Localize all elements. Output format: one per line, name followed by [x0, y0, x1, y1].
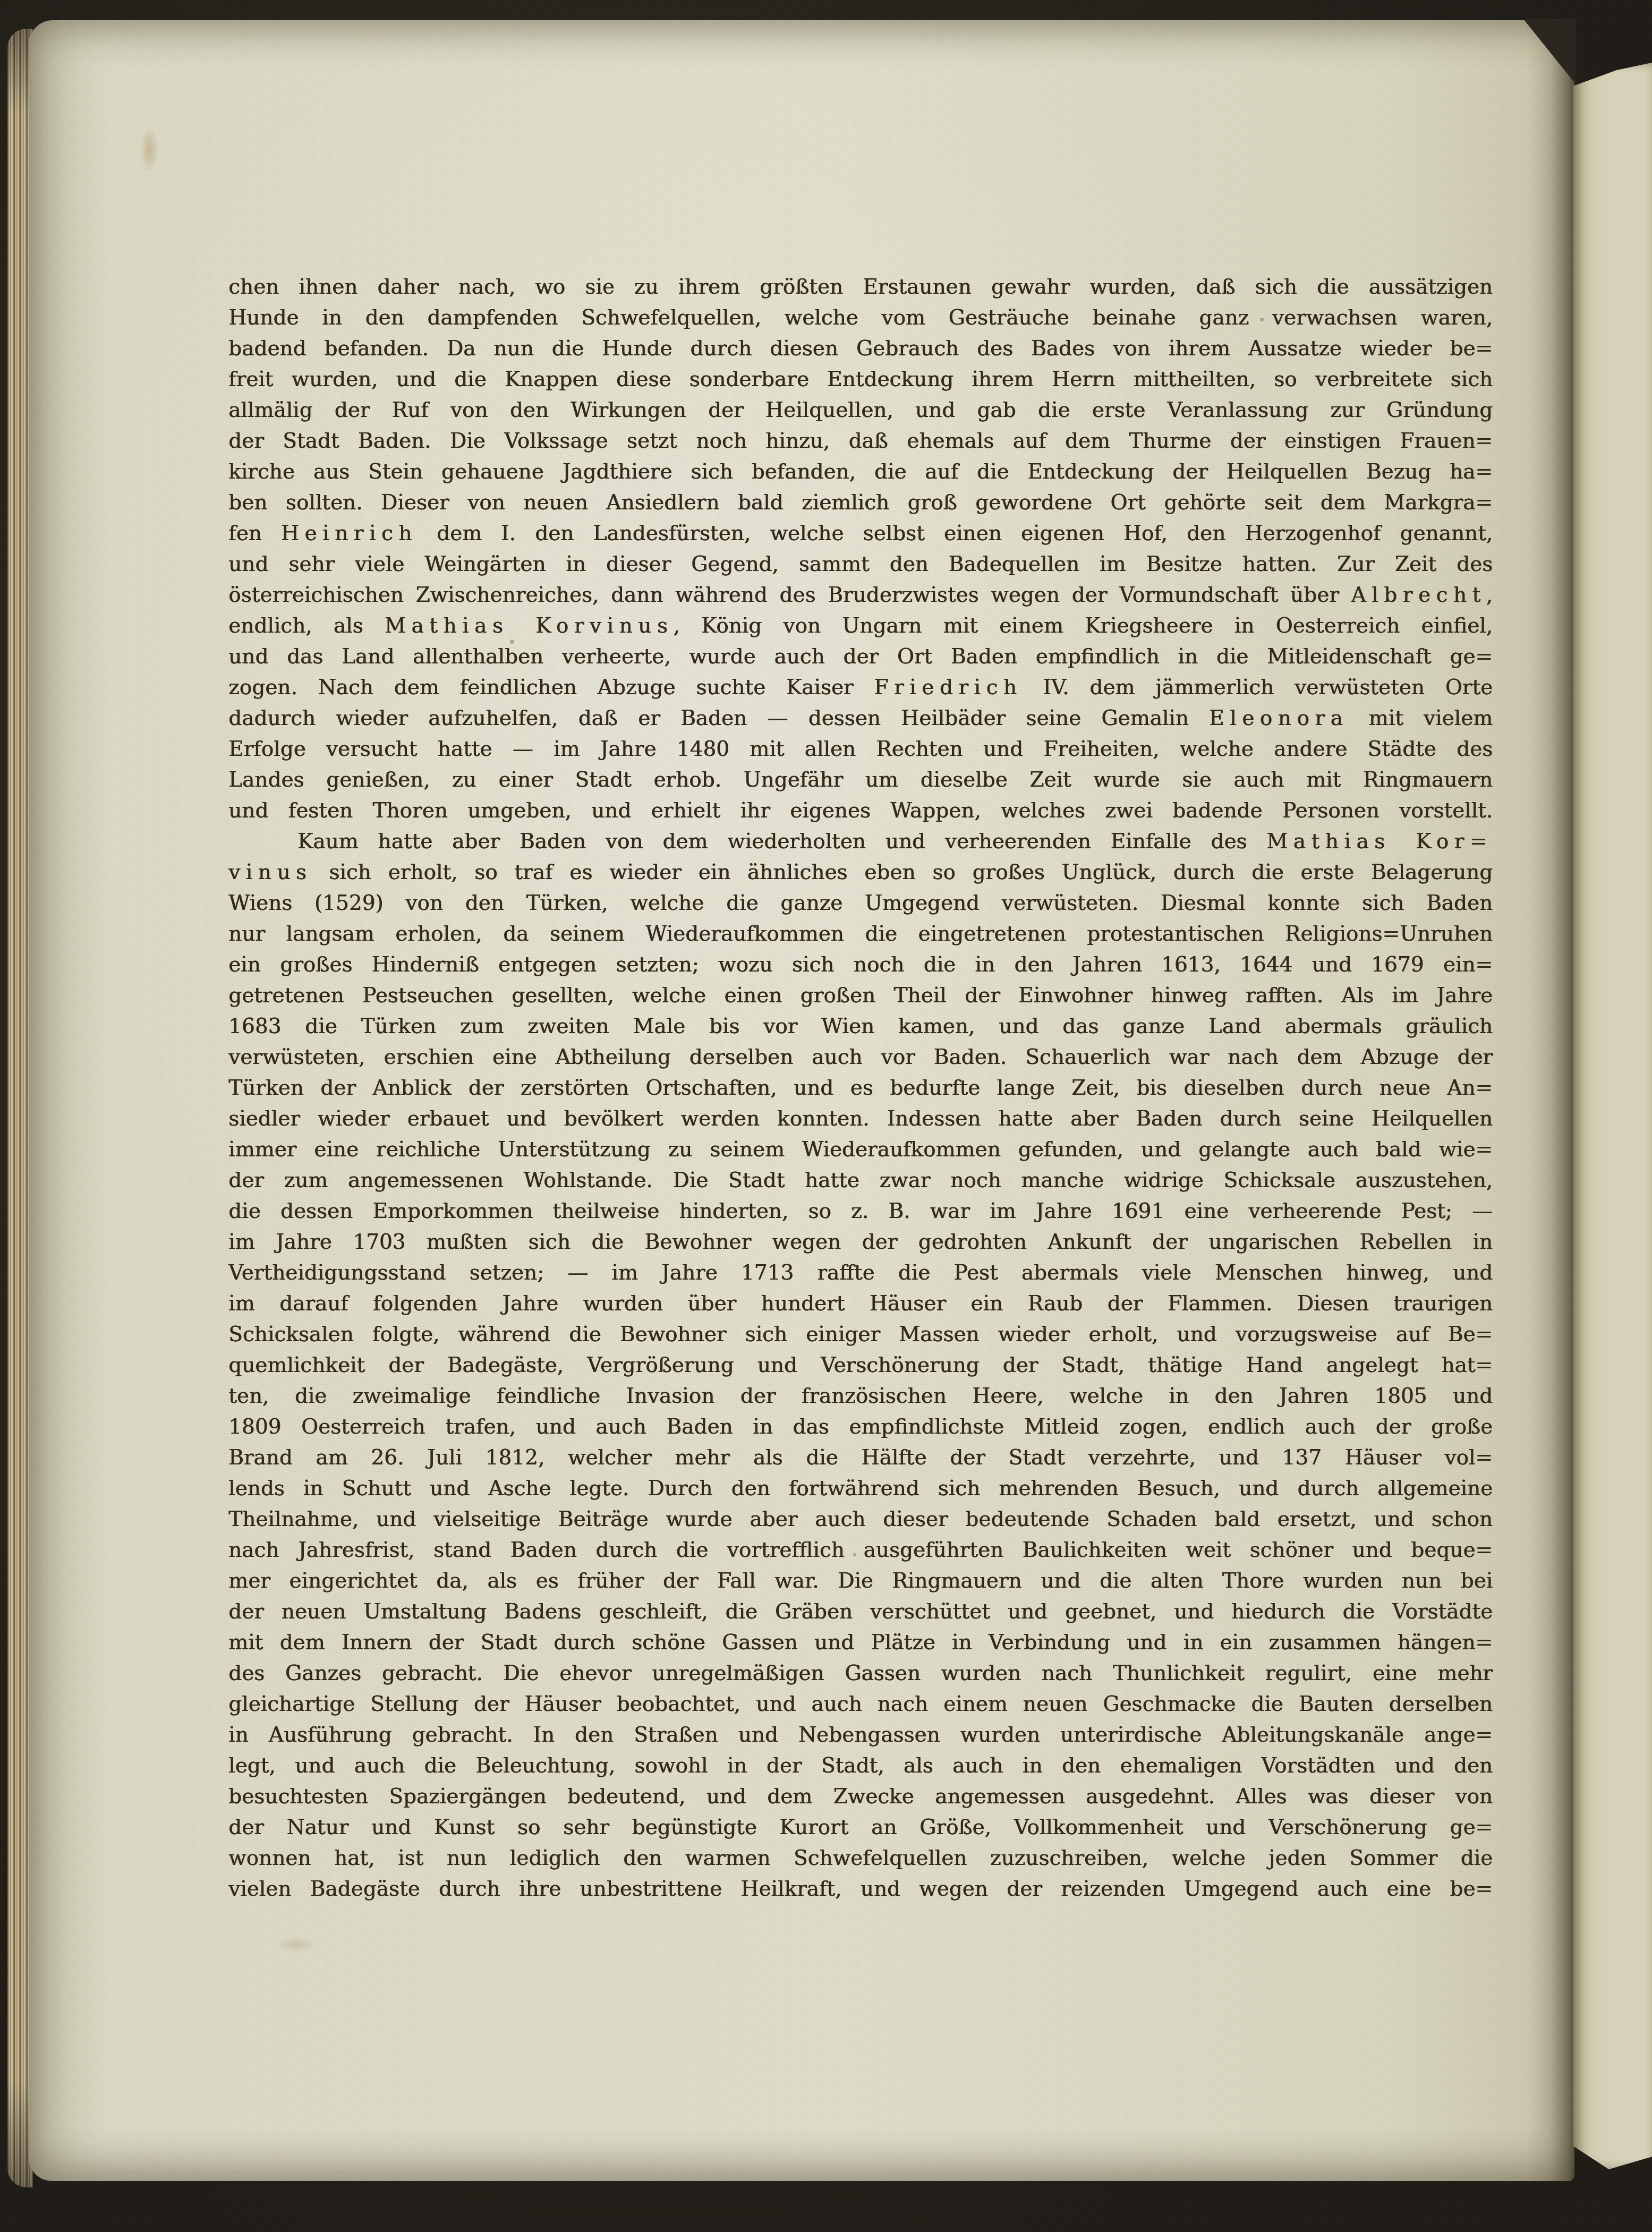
adjacent-page-sliver — [1573, 63, 1652, 2169]
letterspaced-name: Heinrich — [281, 522, 418, 546]
text-line: immer eine reichliche Unterstützung zu s… — [228, 1135, 1493, 1165]
text-line: und festen Thoren umgeben, und erhielt i… — [228, 796, 1493, 827]
text-line: Hunde in den dampfenden Schwefelquellen,… — [228, 303, 1493, 334]
text-line: wonnen hat, ist nun lediglich den warmen… — [228, 1843, 1493, 1874]
book-page: chen ihnen daher nach, wo sie zu ihrem g… — [29, 20, 1574, 2181]
text-line: Theilnahme, und vielseitige Beiträge wur… — [228, 1504, 1493, 1535]
text-line: 1809 Oesterreich trafen, und auch Baden … — [228, 1412, 1493, 1443]
text-line: die dessen Emporkommen theilweise hinder… — [228, 1196, 1493, 1227]
text-line: nur langsam erholen, da seinem Wiederauf… — [228, 919, 1493, 950]
letterspaced-name: Albrecht — [1351, 583, 1486, 607]
letterspaced-name: Friedrich — [874, 676, 1022, 700]
text-line: legt, und auch die Beleuchtung, sowohl i… — [228, 1751, 1493, 1782]
letterspaced-name: Eleonora — [1209, 706, 1348, 730]
text-line: kirche aus Stein gehauene Jagdthiere sic… — [228, 457, 1493, 488]
text-line: der Stadt Baden. Die Volkssage setzt noc… — [228, 426, 1493, 457]
text-line: zogen. Nach dem feindlichen Abzuge sucht… — [228, 672, 1493, 703]
text-line: der Natur und Kunst so sehr begünstigte … — [228, 1812, 1493, 1843]
text-line: im darauf folgenden Jahre wurden über hu… — [228, 1289, 1493, 1319]
text-line: ten, die zweimalige feindliche Invasion … — [228, 1381, 1493, 1412]
text-line: Landes genießen, zu einer Stadt erhob. U… — [228, 765, 1493, 796]
text-line: dadurch wieder aufzuhelfen, daß er Baden… — [228, 703, 1493, 734]
text-line: endlich, als Mathias Korvinus, König von… — [228, 611, 1493, 642]
text-line: im Jahre 1703 mußten sich die Bewohner w… — [228, 1227, 1493, 1258]
text-line: vielen Badegäste durch ihre unbestritten… — [228, 1874, 1493, 1905]
text-line: und sehr viele Weingärten in dieser Gege… — [228, 549, 1493, 580]
text-line: Wiens (1529) von den Türken, welche die … — [228, 888, 1493, 919]
text-line: vinus sich erholt, so traf es wieder ein… — [228, 857, 1493, 888]
text-line: österreichischen Zwischenreiches, dann w… — [228, 580, 1493, 611]
text-line: mer eingerichtet da, als es früher der F… — [228, 1566, 1493, 1597]
text-line: in Ausführung gebracht. In den Straßen u… — [228, 1720, 1493, 1751]
text-line: des Ganzes gebracht. Die ehevor unregelm… — [228, 1658, 1493, 1689]
text-line: ben sollten. Dieser von neuen Ansiedlern… — [228, 488, 1493, 518]
letterspaced-name: Mathias Korvinus — [385, 614, 673, 638]
text-line: Kaum hatte aber Baden von dem wiederholt… — [228, 827, 1493, 857]
text-line: Türken der Anblick der zerstörten Ortsch… — [228, 1073, 1493, 1104]
text-line: chen ihnen daher nach, wo sie zu ihrem g… — [228, 272, 1493, 303]
text-line: der neuen Umstaltung Badens geschleift, … — [228, 1597, 1493, 1628]
paper-stain — [140, 126, 158, 173]
text-line: der zum angemessenen Wohlstande. Die Sta… — [228, 1165, 1493, 1196]
text-line: lends in Schutt und Asche legte. Durch d… — [228, 1473, 1493, 1504]
text-line: getretenen Pestseuchen gesellten, welche… — [228, 981, 1493, 1011]
book-scan-scene: chen ihnen daher nach, wo sie zu ihrem g… — [0, 0, 1652, 2232]
text-line: Erfolge versucht hatte — im Jahre 1480 m… — [228, 734, 1493, 765]
text-line: mit dem Innern der Stadt durch schöne Ga… — [228, 1628, 1493, 1658]
text-line: 1683 die Türken zum zweiten Male bis vor… — [228, 1011, 1493, 1042]
text-line: gleichartige Stellung der Häuser beobach… — [228, 1689, 1493, 1720]
paper-stain — [277, 1937, 314, 1953]
text-line: allmälig der Ruf von den Wirkungen der H… — [228, 395, 1493, 426]
text-line: Vertheidigungsstand setzen; — im Jahre 1… — [228, 1258, 1493, 1289]
text-line: quemlichkeit der Badegäste, Vergrößerung… — [228, 1350, 1493, 1381]
text-line: nach Jahresfrist, stand Baden durch die … — [228, 1535, 1493, 1566]
letterspaced-name: vinus — [228, 861, 312, 884]
text-line: Brand am 26. Juli 1812, welcher mehr als… — [228, 1443, 1493, 1473]
text-line: und das Land allenthalben verheerte, wur… — [228, 642, 1493, 672]
text-line: ein großes Hinderniß entgegen setzten; w… — [228, 950, 1493, 981]
letterspaced-name: Mathias Kor= — [1266, 830, 1493, 854]
text-line: verwüsteten, erschien eine Abtheilung de… — [228, 1042, 1493, 1073]
text-line: besuchtesten Spaziergängen bedeutend, un… — [228, 1782, 1493, 1812]
text-block: chen ihnen daher nach, wo sie zu ihrem g… — [228, 272, 1493, 1905]
text-line: siedler wieder erbauet und bevölkert wer… — [228, 1104, 1493, 1135]
text-line: freit wurden, und die Knappen diese sond… — [228, 364, 1493, 395]
text-line: badend befanden. Da nun die Hunde durch … — [228, 334, 1493, 364]
text-line: Schicksalen folgte, während die Bewohner… — [228, 1319, 1493, 1350]
text-line: fen Heinrich dem I. den Landesfürsten, w… — [228, 518, 1493, 549]
